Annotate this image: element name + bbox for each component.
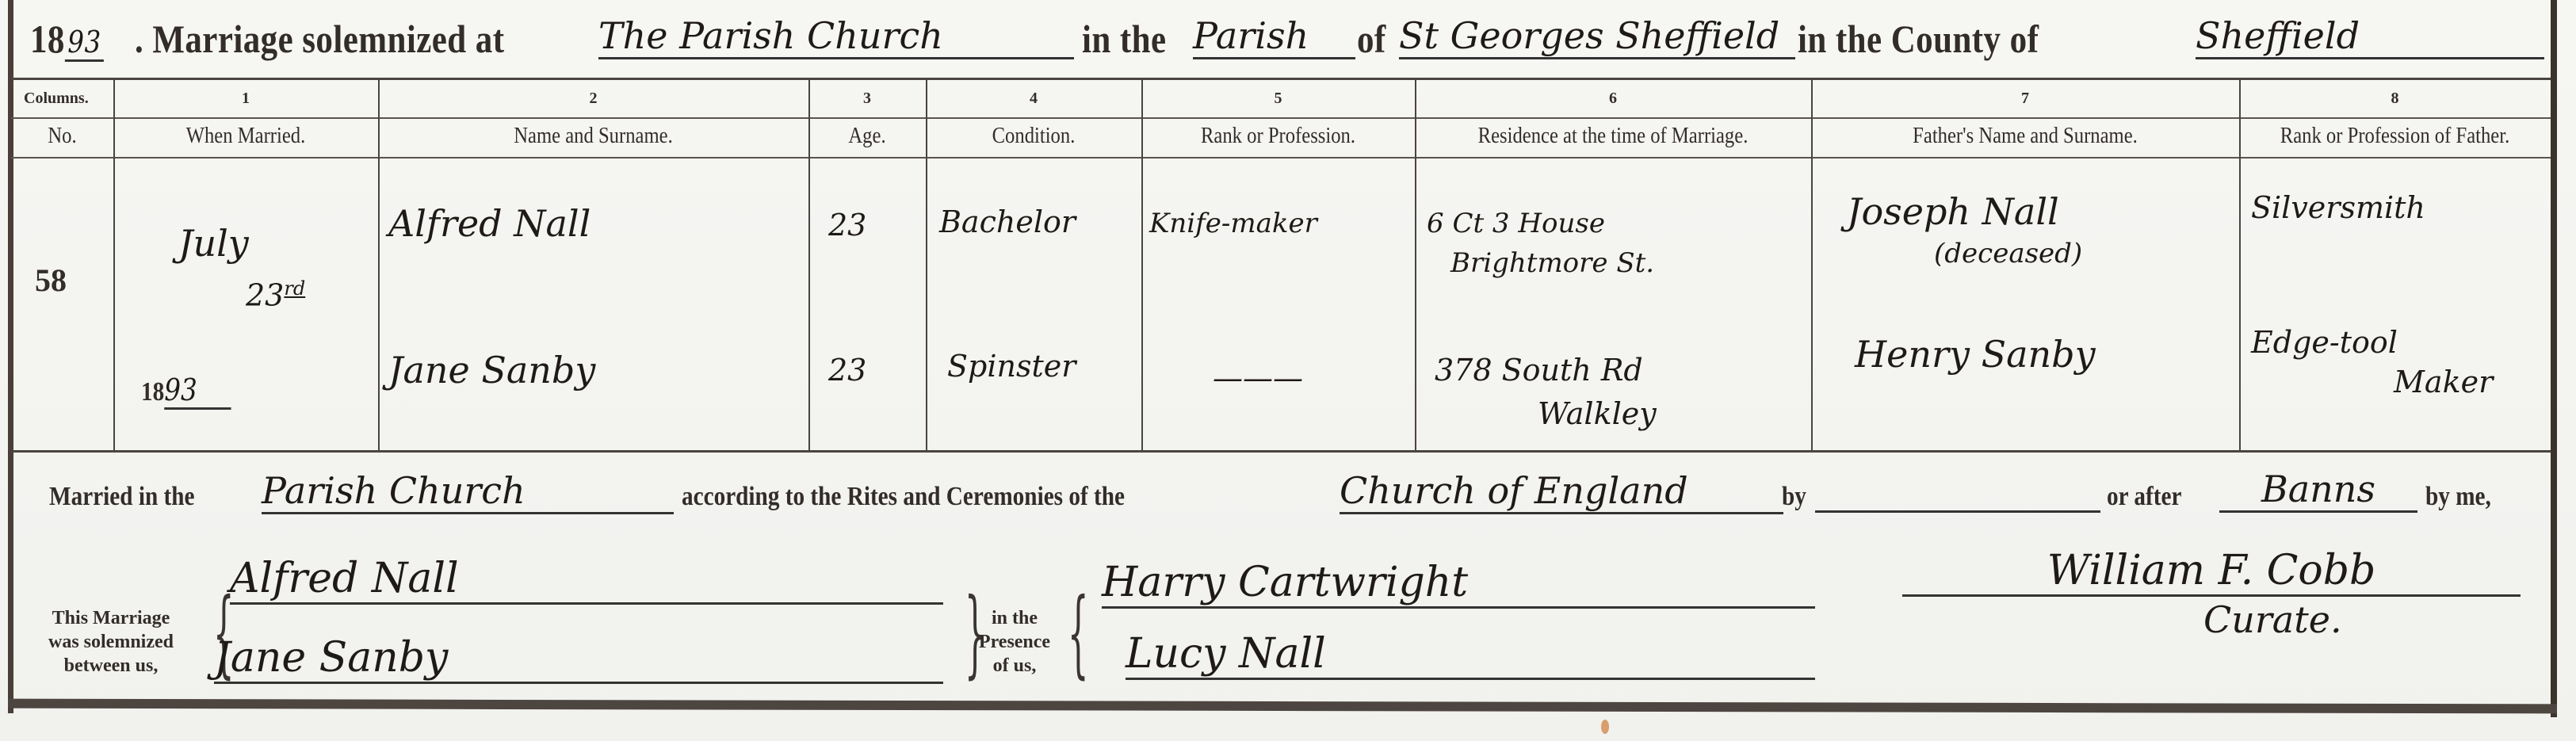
- divider-col-1: [378, 79, 380, 450]
- bride-name: Jane Sanby: [388, 349, 595, 392]
- officiant-signature: William F. Cobb: [1902, 547, 2521, 597]
- rule-table-bottom: [11, 450, 2551, 453]
- header-in-the-label: in the: [1082, 16, 1167, 62]
- header-age: Age.: [816, 124, 919, 149]
- entry-year-handwritten: 93: [164, 372, 231, 410]
- officiant-title: Curate.: [2203, 598, 2342, 641]
- groom-residence-line1: 6 Ct 3 House: [1427, 208, 1605, 239]
- or-after-value: Banns: [2219, 468, 2417, 513]
- bride-condition: Spinster: [947, 349, 1076, 384]
- header-place: The Parish Church: [598, 14, 1074, 59]
- presence-label-line3: of us,: [971, 654, 1058, 678]
- header-year: 1893: [30, 16, 104, 62]
- groom-father-profession: Silversmith: [2251, 190, 2425, 225]
- columns-label: Columns.: [24, 90, 89, 108]
- groom-condition: Bachelor: [939, 204, 1076, 239]
- groom-name: Alfred Nall: [388, 202, 590, 245]
- groom-father-note: (deceased): [1934, 238, 2082, 269]
- entry-year-printed: 18: [141, 377, 164, 407]
- groom-age: 23: [828, 208, 866, 243]
- signature-bride: Jane Sanby: [214, 634, 943, 684]
- divider-col-6: [1811, 79, 1813, 450]
- header-solemnized-label: . Marriage solemnized at: [135, 16, 504, 62]
- header-name-surname: Name and Surname.: [404, 124, 783, 149]
- header-of-label: of: [1357, 16, 1386, 62]
- column-number-2: 2: [378, 90, 808, 108]
- entry-number: 58: [35, 262, 67, 299]
- header-county-label: in the County of: [1798, 16, 2039, 62]
- by-me-label: by me,: [2425, 482, 2491, 512]
- witness-1-signature: Harry Cartwright: [1102, 559, 1815, 609]
- header-parish-name: St Georges Sheffield: [1399, 14, 1795, 59]
- solemnized-label-line1: This Marriage: [24, 606, 198, 630]
- rule-headings-bottom: [11, 157, 2551, 159]
- column-number-4: 4: [926, 90, 1141, 108]
- by-value: [1815, 476, 2100, 513]
- presence-label-line2: Presence: [971, 630, 1058, 654]
- bride-father-profession-line1: Edge-tool: [2251, 325, 2398, 360]
- header-year-printed: 18: [30, 17, 65, 61]
- groom-profession: Knife-maker: [1149, 208, 1317, 239]
- rule-colnums-bottom: [11, 117, 2551, 119]
- header-county: Sheffield: [2196, 14, 2544, 59]
- header-district: Parish: [1193, 14, 1355, 59]
- witness-2-signature: Lucy Nall: [1126, 630, 1815, 680]
- entry-day-number: 23: [246, 278, 284, 313]
- divider-col-5: [1415, 79, 1416, 450]
- solemnized-label-line2: was solemnized: [24, 630, 198, 654]
- groom-father-name: Joseph Nall: [1847, 190, 2059, 233]
- header-rank-profession: Rank or Profession.: [1158, 124, 1399, 149]
- rule-header-top: [11, 78, 2551, 80]
- presence-label-line1: in the: [971, 606, 1058, 630]
- presence-label: in the Presence of us,: [971, 606, 1058, 678]
- header-condition: Condition.: [938, 124, 1128, 149]
- header-year-handwritten: 93: [65, 25, 104, 62]
- frame-left-border: [8, 0, 13, 713]
- marriage-certificate: 1893 . Marriage solemnized at The Parish…: [0, 0, 2576, 741]
- header-when-married: When Married.: [129, 124, 362, 149]
- divider-col-3: [926, 79, 927, 450]
- header-residence: Residence at the time of Marriage.: [1439, 124, 1787, 149]
- groom-residence-line2: Brightmore St.: [1450, 247, 1654, 279]
- solemnized-label-line3: between us,: [24, 654, 198, 678]
- solemnized-between-label: This Marriage was solemnized between us,: [24, 606, 198, 678]
- signature-groom: Alfred Nall: [230, 555, 943, 605]
- bride-residence-line2: Walkley: [1538, 396, 1657, 431]
- divider-col-4: [1141, 79, 1143, 450]
- left-brace-icon-2: {: [1068, 586, 1089, 682]
- column-number-7: 7: [1811, 90, 2239, 108]
- bride-father-profession-line2: Maker: [2394, 365, 2493, 399]
- bride-residence-line1: 378 South Rd: [1435, 353, 1643, 388]
- bride-profession: ———: [1213, 361, 1303, 395]
- married-in-label: Married in the: [49, 482, 195, 512]
- divider-col-7: [2239, 79, 2241, 450]
- column-number-1: 1: [113, 90, 378, 108]
- entry-year: 1893: [141, 372, 231, 407]
- by-label: by: [1782, 482, 1806, 512]
- entry-day: 23rd: [246, 277, 305, 313]
- entry-day-suffix: rd: [284, 277, 305, 300]
- married-in-value: Parish Church: [262, 469, 674, 514]
- column-number-3: 3: [808, 90, 926, 108]
- divider-col-2: [808, 79, 810, 450]
- paper-stain: [1601, 720, 1609, 734]
- column-number-8: 8: [2239, 90, 2551, 108]
- rites-value: Church of England: [1340, 469, 1783, 514]
- column-number-5: 5: [1141, 90, 1415, 108]
- frame-bottom-border: [8, 699, 2557, 714]
- divider-col-0: [113, 79, 115, 450]
- frame-right-border: [2551, 0, 2557, 717]
- header-no: No.: [17, 124, 108, 149]
- column-number-6: 6: [1415, 90, 1811, 108]
- rites-label: according to the Rites and Ceremonies of…: [682, 482, 1125, 512]
- bride-father-name: Henry Sanby: [1855, 333, 2096, 376]
- header-father-name: Father's Name and Surname.: [1836, 124, 2213, 149]
- or-after-label: or after: [2107, 482, 2181, 512]
- entry-month: July: [178, 222, 249, 265]
- bride-age: 23: [828, 353, 866, 388]
- header-father-profession: Rank or Profession of Father.: [2258, 124, 2532, 149]
